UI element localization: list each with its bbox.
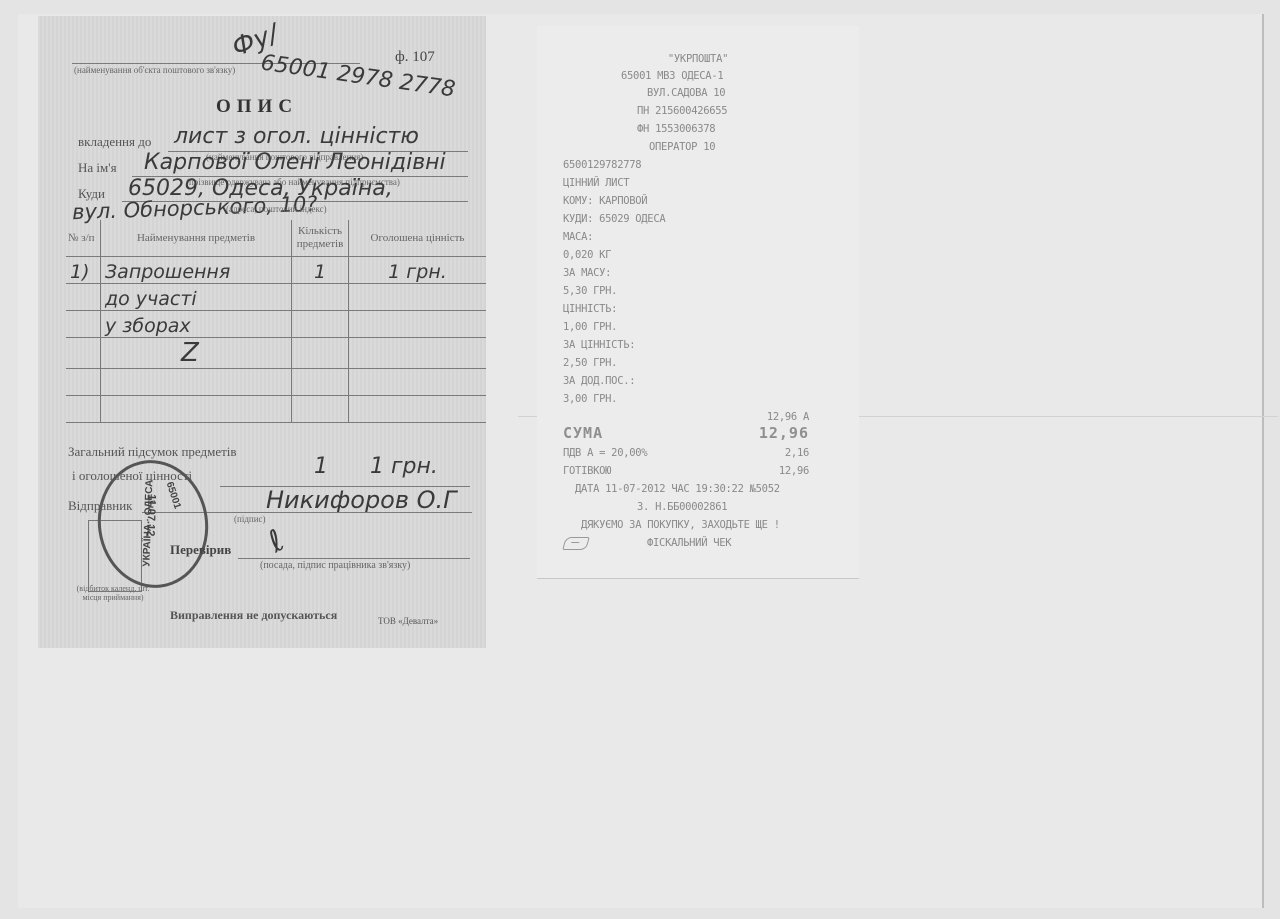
fiscal-logo-icon <box>562 537 589 550</box>
printer-name: ТОВ «Девалта» <box>378 616 438 626</box>
receipt-value-fee: 2,50 ГРН. <box>563 356 617 370</box>
receipt-tracking-number: 6500129782778 <box>563 158 641 172</box>
receipt-header-fiscal-number: ФН 1553006378 <box>637 122 715 136</box>
receipt-header-operator: ОПЕРАТОР 10 <box>649 140 715 154</box>
checked-label: Перевірив <box>170 542 231 558</box>
col-header-name: Найменування предметів <box>101 220 292 257</box>
checked-line <box>238 558 470 559</box>
row-number <box>66 338 101 369</box>
table-row: Z <box>66 338 486 369</box>
fiscal-receipt: "УКРПОШТА" 65001 МВЗ ОДЕСА-1 ВУЛ.САДОВА … <box>537 26 859 579</box>
row-number <box>66 284 101 311</box>
item-quantity <box>292 311 349 338</box>
receipt-value-fee-label: ЗА ЦІННІСТЬ: <box>563 338 635 352</box>
item-quantity: 1 <box>292 257 349 284</box>
receipt-destination: КУДИ: 65029 ОДЕСА <box>563 212 665 226</box>
receipt-datetime: ДАТА 11-07-2012 ЧАС 19:30:22 №5052 <box>575 482 780 496</box>
item-declared-value <box>349 311 487 338</box>
receipt-extra-service-fee: 3,00 ГРН. <box>563 392 617 406</box>
receipt-header-address: ВУЛ.САДОВА 10 <box>647 86 725 100</box>
form-title: ОПИС <box>216 96 298 118</box>
col-header-number: № з/п <box>66 220 101 257</box>
total-quantity: 1 <box>314 454 328 479</box>
sender-signature: Никифоров О.Г <box>266 486 457 514</box>
receipt-recipient: КОМУ: КАРПОВОЙ <box>563 194 647 208</box>
receipt-header-branch: 65001 МВЗ ОДЕСА-1 <box>621 69 723 83</box>
item-declared-value <box>349 369 487 396</box>
item-declared-value: 1 грн. <box>349 257 487 284</box>
form-number: ф. 107 <box>395 49 435 66</box>
receipt-item-type: ЦІННИЙ ЛИСТ <box>563 176 629 190</box>
table-row <box>66 369 486 396</box>
table-row: 1) Запрошення 1 1 грн. <box>66 257 486 284</box>
item-quantity <box>292 369 349 396</box>
checked-caption: (посада, підпис працівника зв'язку) <box>260 560 410 571</box>
receipt-vat-label: ПДВ А = 20,00% <box>563 446 647 460</box>
receipt-vat-value: 2,16 <box>785 446 809 460</box>
item-name: Запрошення <box>101 257 292 284</box>
recipient-label: На ім'я <box>78 160 117 176</box>
receipt-header-tax-number: ПН 215600426655 <box>637 104 727 118</box>
no-corrections-note: Виправлення не допускаються <box>170 608 337 623</box>
table-row: до участі <box>66 284 486 311</box>
item-declared-value <box>349 338 487 369</box>
total-value: 1 грн. <box>370 454 438 479</box>
col-header-declared-value: Оголошена цінність <box>349 220 487 257</box>
receipt-cash-label: ГОТІВКОЮ <box>563 464 611 478</box>
table-header-row: № з/п Найменування предметів Кількість п… <box>66 220 486 257</box>
stamp-caption: (відбиток календ. шт. місця приймання) <box>68 584 158 602</box>
receipt-weight-label: МАСА: <box>563 230 593 244</box>
item-name: до участі <box>101 284 292 311</box>
receipt-fiscal-label: ФІСКАЛЬНИЙ ЧЕК <box>647 536 731 550</box>
col-header-quantity: Кількість предметів <box>292 220 349 257</box>
item-name <box>101 396 292 423</box>
items-table: № з/п Найменування предметів Кількість п… <box>66 220 486 423</box>
table-row: у зборах <box>66 311 486 338</box>
item-name: у зборах <box>101 311 292 338</box>
receipt-subtotal: 12,96 А <box>767 410 809 424</box>
sender-caption: (підпис) <box>234 514 266 524</box>
row-number <box>66 311 101 338</box>
receipt-extra-service-label: ЗА ДОД.ПОС.: <box>563 374 635 388</box>
receipt-declared-value-label: ЦІННІСТЬ: <box>563 302 617 316</box>
row-number: 1) <box>66 257 101 284</box>
receipt-weight-fee-value: 5,30 ГРН. <box>563 284 617 298</box>
checker-signature: ℓ <box>262 523 290 560</box>
item-name <box>101 369 292 396</box>
item-quantity <box>292 338 349 369</box>
attachment-label: вкладення до <box>78 134 151 150</box>
receipt-header-company: "УКРПОШТА" <box>537 52 859 66</box>
receipt-sum-value: 12,96 <box>759 426 809 440</box>
receipt-sum-label: СУМА <box>563 426 603 440</box>
attachment-value: лист з огол. цінністю <box>174 124 419 149</box>
postal-object-caption: (найменування об'єкта поштового зв'язку) <box>74 65 235 75</box>
recipient-value: Карпової Олені Леонідівні <box>144 150 446 175</box>
stamp-date: 11.07.12 <box>144 494 157 537</box>
receipt-weight-value: 0,020 КГ <box>563 248 611 262</box>
receipt-weight-fee-label: ЗА МАСУ: <box>563 266 611 280</box>
total-label-line1: Загальний підсумок предметів <box>68 444 237 460</box>
strike-z-mark: Z <box>101 338 292 369</box>
destination-caption: (адреса, поштовий індекс) <box>226 204 327 214</box>
receipt-cash-value: 12,96 <box>779 464 809 478</box>
item-declared-value <box>349 396 487 423</box>
stamp-index: 65001 <box>164 480 183 510</box>
receipt-thanks: ДЯКУЄМО ЗА ПОКУПКУ, ЗАХОДЬТЕ ЩЕ ! <box>581 518 780 532</box>
row-number <box>66 396 101 423</box>
row-number <box>66 369 101 396</box>
receipt-declared-value: 1,00 ГРН. <box>563 320 617 334</box>
item-declared-value <box>349 284 487 311</box>
table-row <box>66 396 486 423</box>
item-quantity <box>292 396 349 423</box>
item-quantity <box>292 284 349 311</box>
receipt-serial: З. Н.ББ00002861 <box>637 500 727 514</box>
inventory-form-107: Фу/ (найменування об'єкта поштового зв'я… <box>38 16 486 648</box>
